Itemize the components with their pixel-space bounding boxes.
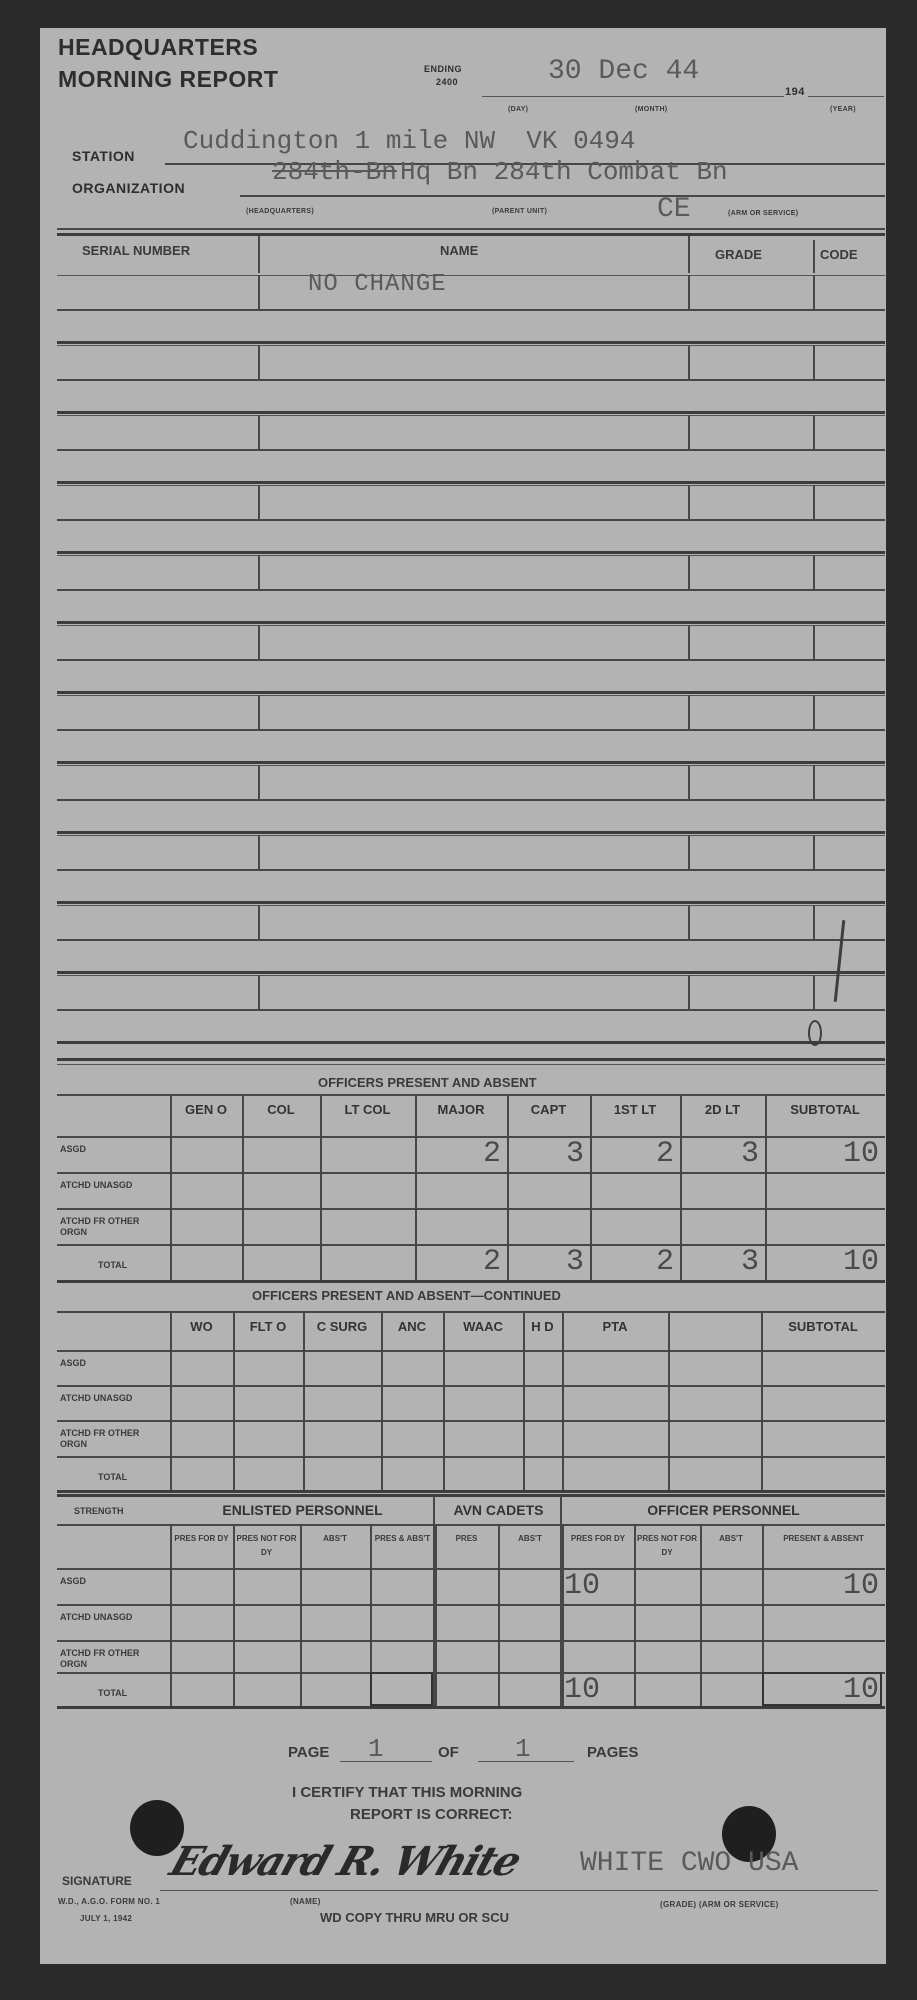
grid-row-line (57, 1456, 885, 1458)
col-header: FLT O (233, 1319, 303, 1334)
col-header-grade: GRADE (715, 247, 762, 262)
page-total: 1 (515, 1734, 531, 1764)
row-label: ATCHD FR OTHER ORGN (60, 1648, 160, 1670)
page-number: 1 (368, 1734, 384, 1764)
grid-row-line (57, 1172, 885, 1174)
col-header: PTA (562, 1319, 668, 1334)
col-header: PRES NOT FOR DY (634, 1532, 700, 1560)
col-header: CAPT (507, 1102, 590, 1117)
row-label: ASGD (60, 1358, 160, 1369)
grid-row-line (57, 1208, 885, 1210)
ending-label: ENDING (424, 64, 462, 74)
roster-row (57, 836, 885, 869)
officers-continued-title: OFFICERS PRESENT AND ABSENT—CONTINUED (252, 1288, 561, 1303)
col-header: LT COL (320, 1102, 415, 1117)
organization-label: ORGANIZATION (72, 180, 185, 196)
grid-row-line (57, 1640, 885, 1642)
roster-col-divider (688, 236, 690, 273)
col-header-code: CODE (820, 247, 858, 262)
form-number: W.D., A.G.O. FORM NO. 1 (58, 1897, 160, 1906)
col-header: PRES & ABS'T (370, 1532, 435, 1546)
parent-unit-caption: (PARENT UNIT) (492, 208, 547, 215)
roster-row (57, 626, 885, 659)
section-divider (57, 1064, 885, 1065)
row-label: ATCHD UNASGD (60, 1180, 160, 1191)
day-caption: (DAY) (508, 106, 528, 113)
section-divider (57, 1280, 885, 1283)
grid-cell[interactable]: 2 (415, 1245, 501, 1279)
margin-mark-six (808, 1020, 822, 1046)
roster-line (57, 799, 885, 801)
roster-line (57, 379, 885, 381)
table-border (57, 1094, 885, 1096)
roster-line (57, 939, 885, 941)
station-value: Cuddington 1 mile NW VK 0494 (183, 126, 635, 156)
col-header: COL (242, 1102, 320, 1117)
roster-row (57, 766, 885, 799)
col-header: ANC (381, 1319, 443, 1334)
roster-line (57, 411, 885, 414)
grid-col-divider (300, 1524, 302, 1706)
grade-caption: (GRADE) (ARM OR SERVICE) (660, 1900, 779, 1909)
col-header: SUBTOTAL (761, 1319, 885, 1334)
grid-cell[interactable]: 2 (415, 1137, 501, 1171)
group-header: AVN CADETS (435, 1502, 562, 1518)
station-label: STATION (72, 148, 135, 164)
grid-cell[interactable]: 2 (590, 1245, 674, 1279)
grid-cell[interactable]: 10 (564, 1569, 628, 1603)
strength-corner-label: STRENGTH (74, 1506, 124, 1517)
section-divider (57, 1494, 885, 1497)
roster-line (57, 831, 885, 834)
roster-top-border-2 (57, 233, 885, 236)
copy-note: WD COPY THRU MRU OR SCU (320, 1910, 509, 1925)
roster-row (57, 346, 885, 379)
organization-underline (240, 195, 885, 197)
grid-cell[interactable]: 10 (764, 1569, 879, 1603)
roster-line (57, 869, 885, 871)
grid-row-line (57, 1568, 885, 1570)
roster-top-border (57, 228, 885, 230)
form-date: JULY 1, 1942 (80, 1914, 132, 1923)
grid-col-divider (242, 1094, 244, 1280)
col-header: PRES FOR DY (170, 1532, 233, 1546)
roster-line (57, 901, 885, 904)
grid-col-divider (320, 1094, 322, 1280)
grid-col-divider (170, 1524, 172, 1706)
row-label: TOTAL (60, 1260, 198, 1271)
roster-line (57, 309, 885, 311)
roster-line (57, 621, 885, 624)
year-underline (808, 96, 884, 97)
grid-cell[interactable]: 10 (765, 1137, 879, 1171)
organization-value: Hq Bn 284th Combat Bn (400, 157, 728, 187)
grid-bottom (57, 1490, 885, 1493)
total-box (762, 1672, 882, 1706)
page-label: PAGE (288, 1744, 329, 1761)
of-label: OF (438, 1744, 459, 1761)
roster-row (57, 906, 885, 939)
col-header: ABS'T (700, 1532, 762, 1546)
roster-row (57, 486, 885, 519)
roster-line (57, 729, 885, 731)
grid-col-divider (443, 1311, 445, 1490)
grid-cell[interactable]: 3 (507, 1137, 584, 1171)
headquarters-caption: (HEADQUARTERS) (246, 208, 314, 215)
col-header: PRES FOR DY (562, 1532, 634, 1546)
roster-line (57, 449, 885, 451)
grid-cell[interactable]: 10 (564, 1673, 628, 1707)
roster-row (57, 696, 885, 729)
col-header: PRES NOT FOR DY (233, 1532, 300, 1560)
typed-name-grade: WHITE CWO USA (580, 1848, 798, 1879)
total-box (370, 1672, 433, 1706)
grid-col-divider (381, 1311, 383, 1490)
strength-row-line (57, 1524, 885, 1526)
col-header: WAAC (443, 1319, 523, 1334)
form-title-line1: HEADQUARTERS (58, 34, 258, 61)
grid-col-divider (233, 1311, 235, 1490)
grid-cell[interactable]: 3 (507, 1245, 584, 1279)
roster-line (57, 691, 885, 694)
ending-time: 2400 (436, 77, 458, 87)
grid-row-line (57, 1672, 885, 1674)
grid-row-line (57, 1385, 885, 1387)
roster-line (57, 589, 885, 591)
grid-row-line (57, 1420, 885, 1422)
roster-row (57, 556, 885, 589)
col-header: C SURG (303, 1319, 381, 1334)
grid-col-divider (303, 1311, 305, 1490)
col-header: WO (170, 1319, 233, 1334)
organization-struck-text: 284th-Bn (272, 157, 397, 187)
certify-line2: REPORT IS CORRECT: (350, 1806, 513, 1823)
roster-col-divider (813, 240, 815, 273)
col-header: 1ST LT (590, 1102, 680, 1117)
row-label: ATCHD FR OTHER ORGN (60, 1428, 160, 1450)
form-title-line2: MORNING REPORT (58, 66, 278, 93)
col-header: PRESENT & ABSENT (762, 1532, 885, 1546)
certify-line1: I CERTIFY THAT THIS MORNING (292, 1784, 522, 1801)
name-caption: (NAME) (290, 1897, 321, 1906)
roster-line (57, 519, 885, 521)
roster-line (57, 1009, 885, 1011)
signature-underline (160, 1890, 878, 1891)
report-date: 30 Dec 44 (548, 56, 699, 87)
roster-line (57, 551, 885, 554)
month-caption: (MONTH) (635, 106, 667, 113)
arm-caption: (ARM OR SERVICE) (728, 210, 798, 217)
grid-col-divider (498, 1524, 500, 1706)
row-label: TOTAL (60, 1472, 198, 1483)
grid-col-divider (435, 1524, 437, 1706)
col-header: SUBTOTAL (765, 1102, 885, 1117)
col-header: GEN O (170, 1102, 242, 1117)
col-header: 2D LT (680, 1102, 765, 1117)
col-header: ABS'T (498, 1532, 562, 1546)
section-divider (57, 1058, 885, 1061)
group-header: ENLISTED PERSONNEL (170, 1502, 435, 1518)
grid-col-divider (170, 1311, 172, 1490)
roster-line (57, 481, 885, 484)
grid-col-divider (523, 1311, 525, 1490)
handwritten-signature: Edward R. White (164, 1838, 525, 1885)
grid-row-line (57, 1350, 885, 1352)
roster-row (57, 276, 885, 309)
year-prefix: 194 (785, 86, 805, 98)
col-header: ABS'T (300, 1532, 370, 1546)
officers-title: OFFICERS PRESENT AND ABSENT (318, 1075, 537, 1090)
grid-col-divider (668, 1311, 670, 1490)
grid-col-divider (562, 1311, 564, 1490)
grid-cell[interactable]: 2 (590, 1137, 674, 1171)
row-label: ASGD (60, 1576, 160, 1587)
roster-line (57, 761, 885, 764)
grid-row-line (57, 1604, 885, 1606)
roster-row (57, 416, 885, 449)
group-header: OFFICER PERSONNEL (562, 1502, 885, 1518)
row-label: TOTAL (60, 1688, 198, 1699)
row-label: ATCHD UNASGD (60, 1393, 160, 1404)
roster-row (57, 976, 885, 1009)
row-label: ATCHD UNASGD (60, 1612, 160, 1623)
grid-cell[interactable]: 3 (680, 1137, 759, 1171)
grid-col-divider (170, 1094, 172, 1280)
roster-line (57, 341, 885, 344)
row-label: ASGD (60, 1144, 160, 1155)
col-header: H D (523, 1319, 562, 1334)
page-underline (340, 1761, 432, 1762)
signature-label: SIGNATURE (62, 1874, 132, 1888)
date-underline (482, 96, 784, 97)
grid-cell[interactable]: 3 (680, 1245, 759, 1279)
roster-line (57, 659, 885, 661)
roster-col-divider (258, 236, 260, 273)
col-header: MAJOR (415, 1102, 507, 1117)
col-header-name: NAME (440, 243, 478, 258)
col-header: PRES (435, 1532, 498, 1546)
col-header-serial: SERIAL NUMBER (82, 243, 190, 258)
grid-col-divider (700, 1524, 702, 1706)
arm-value: CE (657, 194, 691, 225)
roster-line (57, 1041, 885, 1044)
row-label: ATCHD FR OTHER ORGN (60, 1216, 160, 1238)
year-caption: (YEAR) (830, 106, 856, 113)
grid-bottom (57, 1706, 885, 1709)
grid-col-divider (761, 1311, 763, 1490)
pages-label: PAGES (587, 1744, 638, 1761)
roster-line (57, 971, 885, 974)
grid-cell[interactable]: 10 (765, 1245, 879, 1279)
